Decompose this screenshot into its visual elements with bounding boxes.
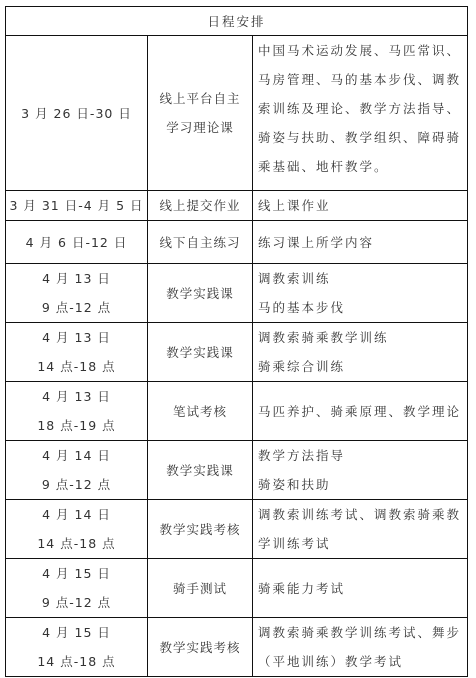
schedule-table: 日程安排 3 月 26 日-30 日线上平台自主学习理论课中国马术运动发展、马匹… — [5, 6, 468, 677]
type-cell-line: 线上提交作业 — [148, 191, 252, 220]
date-cell: 4 月 15 日14 点-18 点 — [6, 618, 148, 677]
content-cell-line: 练习课上所学内容 — [258, 228, 467, 257]
table-row: 4 月 15 日14 点-18 点教学实践考核调教索骑乘教学训练考试、舞步（平地… — [6, 618, 468, 677]
table-row: 3 月 26 日-30 日线上平台自主学习理论课中国马术运动发展、马匹常识、马房… — [6, 36, 468, 191]
type-cell: 骑手测试 — [148, 559, 253, 618]
date-cell-line: 3 月 31 日-4 月 5 日 — [6, 191, 147, 220]
date-cell-line: 4 月 13 日 — [6, 382, 147, 411]
date-cell: 4 月 13 日18 点-19 点 — [6, 382, 148, 441]
date-cell-line: 18 点-19 点 — [6, 411, 147, 440]
content-cell-line: 马匹养护、骑乘原理、教学理论 — [258, 397, 467, 426]
content-cell-line: 调教索骑乘教学训练 — [258, 323, 467, 352]
table-title-row: 日程安排 — [6, 7, 468, 36]
table-row: 4 月 13 日14 点-18 点教学实践课调教索骑乘教学训练骑乘综合训练 — [6, 323, 468, 382]
content-cell: 调教索训练马的基本步伐 — [253, 264, 468, 323]
type-cell-line: 线上平台自主 — [148, 84, 252, 113]
type-cell: 教学实践课 — [148, 323, 253, 382]
content-cell-line: 调教索训练 — [258, 264, 467, 293]
type-cell: 线上提交作业 — [148, 191, 253, 221]
content-cell: 调教索骑乘教学训练考试、舞步（平地训练）教学考试 — [253, 618, 468, 677]
content-cell: 骑乘能力考试 — [253, 559, 468, 618]
date-cell: 4 月 15 日9 点-12 点 — [6, 559, 148, 618]
content-cell: 马匹养护、骑乘原理、教学理论 — [253, 382, 468, 441]
type-cell-line: 教学实践课 — [148, 338, 252, 367]
table-row: 4 月 6 日-12 日线下自主练习练习课上所学内容 — [6, 221, 468, 264]
date-cell: 4 月 13 日9 点-12 点 — [6, 264, 148, 323]
date-cell-line: 14 点-18 点 — [6, 529, 147, 558]
type-cell: 教学实践课 — [148, 441, 253, 500]
type-cell: 线下自主练习 — [148, 221, 253, 264]
date-cell-line: 14 点-18 点 — [6, 647, 147, 676]
content-cell-line: 线上课作业 — [258, 191, 467, 220]
date-cell-line: 9 点-12 点 — [6, 470, 147, 499]
date-cell: 4 月 14 日9 点-12 点 — [6, 441, 148, 500]
type-cell-line: 教学实践课 — [148, 279, 252, 308]
table-row: 4 月 13 日18 点-19 点笔试考核马匹养护、骑乘原理、教学理论 — [6, 382, 468, 441]
type-cell: 教学实践课 — [148, 264, 253, 323]
content-cell: 教学方法指导骑姿和扶助 — [253, 441, 468, 500]
date-cell: 3 月 31 日-4 月 5 日 — [6, 191, 148, 221]
table-row: 4 月 14 日14 点-18 点教学实践考核调教索训练考试、调教索骑乘教学训练… — [6, 500, 468, 559]
date-cell: 3 月 26 日-30 日 — [6, 36, 148, 191]
date-cell-line: 3 月 26 日-30 日 — [6, 99, 147, 128]
type-cell: 线上平台自主学习理论课 — [148, 36, 253, 191]
content-cell-line: 调教索训练考试、调教索骑乘教学训练考试 — [258, 500, 467, 558]
date-cell-line: 4 月 15 日 — [6, 618, 147, 647]
type-cell-line: 教学实践考核 — [148, 633, 252, 662]
content-cell-line: 骑姿和扶助 — [258, 470, 467, 499]
type-cell-line: 教学实践考核 — [148, 515, 252, 544]
type-cell: 教学实践考核 — [148, 500, 253, 559]
date-cell-line: 4 月 14 日 — [6, 441, 147, 470]
content-cell-line: 中国马术运动发展、马匹常识、马房管理、马的基本步伐、调教索训练及理论、教学方法指… — [258, 36, 467, 181]
content-cell-line: 骑乘能力考试 — [258, 574, 467, 603]
content-cell-line: 马的基本步伐 — [258, 293, 467, 322]
table-title: 日程安排 — [6, 7, 468, 36]
date-cell-line: 9 点-12 点 — [6, 293, 147, 322]
table-row: 4 月 15 日9 点-12 点骑手测试骑乘能力考试 — [6, 559, 468, 618]
date-cell-line: 14 点-18 点 — [6, 352, 147, 381]
date-cell-line: 4 月 15 日 — [6, 559, 147, 588]
type-cell-line: 骑手测试 — [148, 574, 252, 603]
date-cell: 4 月 14 日14 点-18 点 — [6, 500, 148, 559]
date-cell-line: 9 点-12 点 — [6, 588, 147, 617]
content-cell-line: 调教索骑乘教学训练考试、舞步（平地训练）教学考试 — [258, 618, 467, 676]
content-cell: 调教索骑乘教学训练骑乘综合训练 — [253, 323, 468, 382]
date-cell-line: 4 月 13 日 — [6, 264, 147, 293]
table-row: 4 月 13 日9 点-12 点教学实践课调教索训练马的基本步伐 — [6, 264, 468, 323]
content-cell: 中国马术运动发展、马匹常识、马房管理、马的基本步伐、调教索训练及理论、教学方法指… — [253, 36, 468, 191]
table-row: 4 月 14 日9 点-12 点教学实践课教学方法指导骑姿和扶助 — [6, 441, 468, 500]
type-cell-line: 线下自主练习 — [148, 228, 252, 257]
content-cell: 线上课作业 — [253, 191, 468, 221]
date-cell-line: 4 月 14 日 — [6, 500, 147, 529]
type-cell-line: 学习理论课 — [148, 113, 252, 142]
type-cell: 笔试考核 — [148, 382, 253, 441]
date-cell-line: 4 月 6 日-12 日 — [6, 228, 147, 257]
date-cell-line: 4 月 13 日 — [6, 323, 147, 352]
date-cell: 4 月 13 日14 点-18 点 — [6, 323, 148, 382]
content-cell: 练习课上所学内容 — [253, 221, 468, 264]
type-cell: 教学实践考核 — [148, 618, 253, 677]
content-cell-line: 教学方法指导 — [258, 441, 467, 470]
type-cell-line: 笔试考核 — [148, 397, 252, 426]
content-cell-line: 骑乘综合训练 — [258, 352, 467, 381]
type-cell-line: 教学实践课 — [148, 456, 252, 485]
table-row: 3 月 31 日-4 月 5 日线上提交作业线上课作业 — [6, 191, 468, 221]
content-cell: 调教索训练考试、调教索骑乘教学训练考试 — [253, 500, 468, 559]
date-cell: 4 月 6 日-12 日 — [6, 221, 148, 264]
